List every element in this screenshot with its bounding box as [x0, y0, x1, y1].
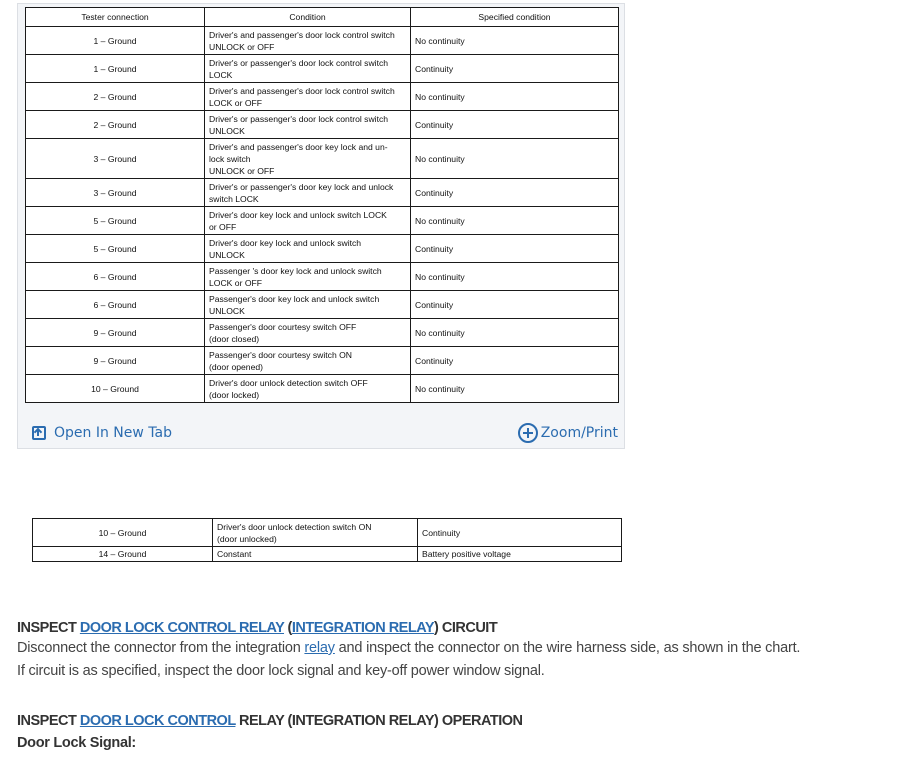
condition-line: LOCK or OFF: [209, 97, 406, 109]
condition-line: Driver's or passenger's door lock contro…: [209, 113, 406, 125]
cell-specified-condition: Continuity: [411, 111, 619, 139]
table-row: 2 – GroundDriver's and passenger's door …: [26, 83, 619, 111]
continuity-table-continued: 10 – GroundDriver's door unlock detectio…: [32, 518, 622, 562]
cell-condition: Driver's door unlock detection switch ON…: [213, 519, 418, 547]
relay-link[interactable]: relay: [304, 640, 334, 656]
cell-specified-condition: Continuity: [418, 519, 622, 547]
condition-line: Passenger 's door key lock and unlock sw…: [209, 265, 406, 277]
cell-condition: Passenger's door courtesy switch ON(door…: [205, 347, 411, 375]
table-row: 6 – GroundPassenger 's door key lock and…: [26, 263, 619, 291]
condition-line: UNLOCK: [209, 249, 406, 261]
cell-tester-connection: 10 – Ground: [26, 375, 205, 403]
cell-tester-connection: 3 – Ground: [26, 179, 205, 207]
condition-line: or OFF: [209, 221, 406, 233]
cell-tester-connection: 9 – Ground: [26, 319, 205, 347]
table-row: 10 – GroundDriver's door unlock detectio…: [26, 375, 619, 403]
integration-relay-link[interactable]: INTEGRATION RELAY: [292, 620, 434, 636]
cell-specified-condition: Battery positive voltage: [418, 547, 622, 562]
condition-line: UNLOCK: [209, 305, 406, 317]
cell-condition: Driver's or passenger's door lock contro…: [205, 55, 411, 83]
cell-condition: Driver's or passenger's door lock contro…: [205, 111, 411, 139]
cell-specified-condition: No continuity: [411, 319, 619, 347]
cell-condition: Driver's and passenger's door lock contr…: [205, 83, 411, 111]
door-lock-control-link[interactable]: DOOR LOCK CONTROL: [80, 713, 236, 729]
table-row: 9 – GroundPassenger's door courtesy swit…: [26, 347, 619, 375]
table-header-row: Tester connection Condition Specified co…: [26, 8, 619, 27]
cell-condition: Constant: [213, 547, 418, 562]
continuity-table: Tester connection Condition Specified co…: [25, 7, 619, 403]
condition-line: Driver's door key lock and unlock switch: [209, 237, 406, 249]
table-row: 5 – GroundDriver's door key lock and unl…: [26, 235, 619, 263]
cell-tester-connection: 10 – Ground: [33, 519, 213, 547]
instruction-line-1: Disconnect the connector from the integr…: [17, 637, 907, 660]
condition-line: (door opened): [209, 361, 406, 373]
continuity-table-image: Tester connection Condition Specified co…: [25, 7, 619, 403]
cell-condition: Driver's door key lock and unlock switch…: [205, 235, 411, 263]
figure-footer: Open In New Tab Zoom/Print: [18, 418, 624, 448]
section-body-circuit: Disconnect the connector from the integr…: [17, 637, 907, 683]
table-row: 3 – GroundDriver's or passenger's door k…: [26, 179, 619, 207]
cell-specified-condition: Continuity: [411, 55, 619, 83]
table-row: 1 – GroundDriver's and passenger's door …: [26, 27, 619, 55]
cell-condition: Passenger's door key lock and unlock swi…: [205, 291, 411, 319]
condition-line: Driver's and passenger's door key lock a…: [209, 141, 406, 153]
cell-tester-connection: 5 – Ground: [26, 207, 205, 235]
condition-line: Driver's door unlock detection switch OF…: [209, 377, 406, 389]
cell-specified-condition: Continuity: [411, 347, 619, 375]
table-row: 1 – GroundDriver's or passenger's door l…: [26, 55, 619, 83]
condition-line: Driver's door unlock detection switch ON: [217, 521, 413, 533]
cell-tester-connection: 9 – Ground: [26, 347, 205, 375]
cell-tester-connection: 3 – Ground: [26, 139, 205, 179]
cell-condition: Driver's door unlock detection switch OF…: [205, 375, 411, 403]
condition-line: Driver's or passenger's door key lock an…: [209, 181, 406, 193]
cell-tester-connection: 2 – Ground: [26, 111, 205, 139]
cell-condition: Driver's and passenger's door lock contr…: [205, 27, 411, 55]
cell-condition: Passenger's door courtesy switch OFF(doo…: [205, 319, 411, 347]
continuity-table-continued-image: 10 – GroundDriver's door unlock detectio…: [32, 518, 622, 562]
cell-tester-connection: 14 – Ground: [33, 547, 213, 562]
table-row: 10 – GroundDriver's door unlock detectio…: [33, 519, 622, 547]
door-lock-control-relay-link[interactable]: DOOR LOCK CONTROL RELAY: [80, 620, 284, 636]
cell-tester-connection: 5 – Ground: [26, 235, 205, 263]
open-in-new-tab-link[interactable]: Open In New Tab: [32, 425, 172, 441]
cell-specified-condition: No continuity: [411, 139, 619, 179]
cell-specified-condition: Continuity: [411, 291, 619, 319]
condition-line: (door locked): [209, 389, 406, 401]
section-inspect-operation: INSPECT DOOR LOCK CONTROL RELAY (INTEGRA…: [17, 713, 907, 751]
cell-specified-condition: No continuity: [411, 83, 619, 111]
cell-specified-condition: No continuity: [411, 375, 619, 403]
condition-line: Driver's or passenger's door lock contro…: [209, 57, 406, 69]
cell-tester-connection: 6 – Ground: [26, 291, 205, 319]
condition-line: Driver's and passenger's door lock contr…: [209, 85, 406, 97]
table-row: 3 – GroundDriver's and passenger's door …: [26, 139, 619, 179]
table-row: 5 – GroundDriver's door key lock and unl…: [26, 207, 619, 235]
header-condition: Condition: [205, 8, 411, 27]
zoom-print-link[interactable]: Zoom/Print: [518, 423, 618, 443]
cell-specified-condition: No continuity: [411, 27, 619, 55]
cell-tester-connection: 1 – Ground: [26, 55, 205, 83]
section-heading-operation: INSPECT DOOR LOCK CONTROL RELAY (INTEGRA…: [17, 713, 907, 729]
table-row: 9 – GroundPassenger's door courtesy swit…: [26, 319, 619, 347]
condition-line: LOCK: [209, 69, 406, 81]
condition-line: switch LOCK: [209, 193, 406, 205]
condition-line: Driver's and passenger's door lock contr…: [209, 29, 406, 41]
open-new-tab-icon: [32, 426, 46, 440]
header-specified-condition: Specified condition: [411, 8, 619, 27]
cell-specified-condition: No continuity: [411, 207, 619, 235]
condition-line: Passenger's door courtesy switch OFF: [209, 321, 406, 333]
cell-specified-condition: Continuity: [411, 235, 619, 263]
cell-specified-condition: Continuity: [411, 179, 619, 207]
condition-line: Passenger's door key lock and unlock swi…: [209, 293, 406, 305]
table-row: 2 – GroundDriver's or passenger's door l…: [26, 111, 619, 139]
circle-plus-icon: [518, 423, 538, 443]
condition-line: Passenger's door courtesy switch ON: [209, 349, 406, 361]
condition-line: Driver's door key lock and unlock switch…: [209, 209, 406, 221]
condition-line: lock switch: [209, 153, 406, 165]
header-tester-connection: Tester connection: [26, 8, 205, 27]
table-row: 6 – GroundPassenger's door key lock and …: [26, 291, 619, 319]
cell-condition: Driver's and passenger's door key lock a…: [205, 139, 411, 179]
section-inspect-circuit: INSPECT DOOR LOCK CONTROL RELAY (INTEGRA…: [17, 620, 907, 683]
cell-tester-connection: 6 – Ground: [26, 263, 205, 291]
open-in-new-tab-label: Open In New Tab: [54, 425, 172, 441]
cell-condition: Passenger 's door key lock and unlock sw…: [205, 263, 411, 291]
condition-line: UNLOCK: [209, 125, 406, 137]
door-lock-signal-heading: Door Lock Signal:: [17, 735, 907, 751]
cell-tester-connection: 2 – Ground: [26, 83, 205, 111]
cell-condition: Driver's or passenger's door key lock an…: [205, 179, 411, 207]
condition-line: (door unlocked): [217, 533, 413, 545]
cell-condition: Driver's door key lock and unlock switch…: [205, 207, 411, 235]
condition-line: (door closed): [209, 333, 406, 345]
zoom-print-label: Zoom/Print: [541, 425, 618, 441]
condition-line: UNLOCK or OFF: [209, 41, 406, 53]
figure-card: Tester connection Condition Specified co…: [17, 3, 625, 449]
condition-line: Constant: [217, 548, 413, 560]
cell-tester-connection: 1 – Ground: [26, 27, 205, 55]
condition-line: LOCK or OFF: [209, 277, 406, 289]
cell-specified-condition: No continuity: [411, 263, 619, 291]
table-row: 14 – GroundConstantBattery positive volt…: [33, 547, 622, 562]
condition-line: UNLOCK or OFF: [209, 165, 406, 177]
section-heading-circuit: INSPECT DOOR LOCK CONTROL RELAY (INTEGRA…: [17, 620, 907, 636]
instruction-line-2: If circuit is as specified, inspect the …: [17, 660, 907, 683]
